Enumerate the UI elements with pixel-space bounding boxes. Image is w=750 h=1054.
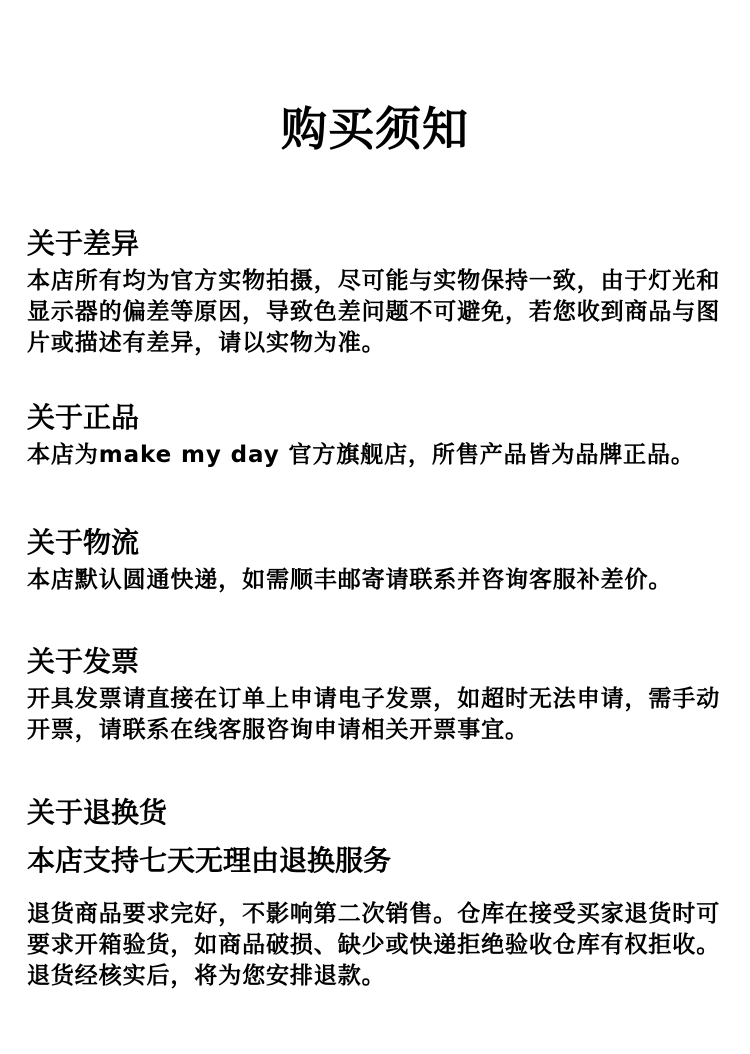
section-logistics: 关于物流 本店默认圆通快递，如需顺丰邮寄请联系并咨询客服补差价。 <box>27 525 727 596</box>
section-differences: 关于差异 本店所有均为官方实物拍摄，尽可能与实物保持一致，由于灯光和显示器的偏差… <box>27 226 727 359</box>
section-authenticity: 关于正品 本店为make my day 官方旗舰店，所售产品皆为品牌正品。 <box>27 400 727 471</box>
section-body: 本店默认圆通快递，如需顺丰邮寄请联系并咨询客服补差价。 <box>27 565 732 596</box>
section-body: 本店所有均为官方实物拍摄，尽可能与实物保持一致，由于灯光和显示器的偏差等原因，导… <box>27 266 732 359</box>
section-body: 本店为make my day 官方旗舰店，所售产品皆为品牌正品。 <box>27 440 732 471</box>
section-invoice: 关于发票 开具发票请直接在订单上申请电子发票，如超时无法申请，需手动开票，请联系… <box>27 644 727 746</box>
section-heading: 关于正品 <box>27 400 727 436</box>
section-body: 开具发票请直接在订单上申请电子发票，如超时无法申请，需手动开票，请联系在线客服咨… <box>27 684 732 746</box>
section-heading: 关于差异 <box>27 226 727 262</box>
section-heading: 关于退换货 <box>27 795 727 831</box>
page-title: 购买须知 <box>0 99 750 159</box>
section-heading: 关于物流 <box>27 525 727 561</box>
section-subheading: 本店支持七天无理由退换服务 <box>27 843 727 879</box>
section-heading: 关于发票 <box>27 644 727 680</box>
section-body: 退货商品要求完好，不影响第二次销售。仓库在接受买家退货时可要求开箱验货，如商品破… <box>27 899 732 992</box>
section-returns: 关于退换货 本店支持七天无理由退换服务 退货商品要求完好，不影响第二次销售。仓库… <box>27 795 727 992</box>
